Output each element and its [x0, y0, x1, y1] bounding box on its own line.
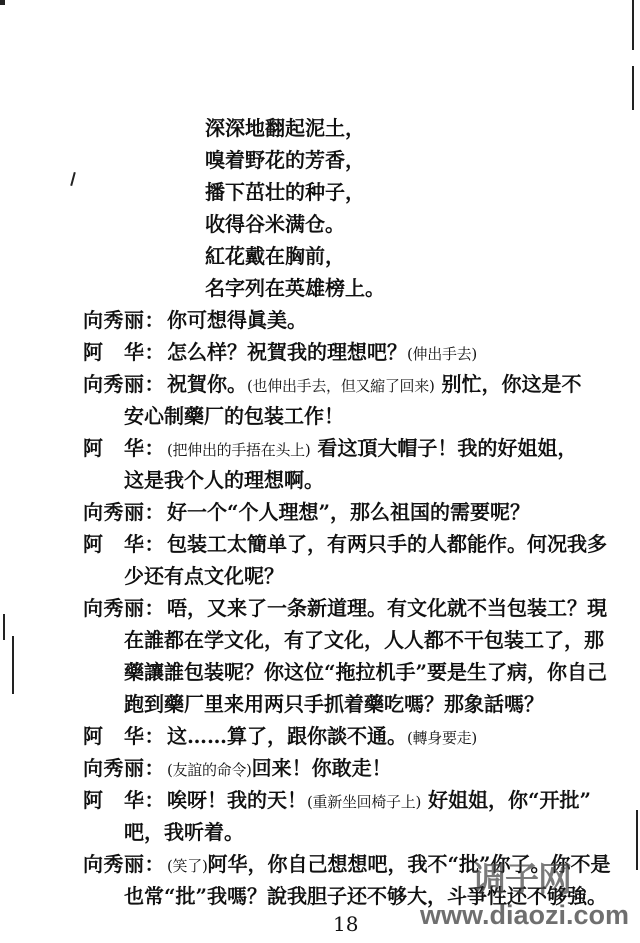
dialogue-entry: 向秀丽： 你可想得眞美。	[83, 304, 628, 336]
speaker-name: 阿 华：	[83, 720, 167, 752]
speech-text: 怎么样？祝賀我的理想吧？	[167, 340, 407, 364]
watermark-url: www.diaozi.com	[420, 898, 629, 932]
poem-line: 嗅着野花的芳香，	[83, 144, 628, 176]
speaker-name: 向秀丽：	[83, 752, 167, 784]
scan-artifact	[0, 0, 5, 5]
dialogue-continuation: 吧，我听着。	[83, 816, 628, 848]
stage-direction: (笑了)	[167, 857, 208, 875]
dialogue-entry: 阿 华： 包装工太簡单了，有两只手的人都能作。何况我多 少还有点文化呢？	[83, 528, 628, 592]
speaker-name: 向秀丽：	[83, 304, 167, 336]
poem-line: 紅花戴在胸前，	[83, 240, 628, 272]
speech-text: 回来！你敢走！	[252, 756, 392, 780]
dialogue-entry: 阿 华： 怎么样？祝賀我的理想吧？(伸出手去)	[83, 336, 628, 368]
dialogue-continuation: 少还有点文化呢？	[83, 560, 628, 592]
speech-text: 安心制藥厂的包装工作！	[124, 404, 344, 428]
stage-direction: (把伸出的手捂在头上)	[167, 441, 310, 459]
dialogue-line: 向秀丽： 唔，又来了一条新道理。有文化就不当包装工？現	[83, 592, 628, 624]
dialogue-continuation: 安心制藥厂的包装工作！	[83, 400, 628, 432]
speech-text: 好一个“个人理想”，那么祖国的需要呢？	[167, 500, 530, 524]
dialogue-continuation: 这是我个人的理想啊。	[83, 464, 628, 496]
dialogue-line: 向秀丽： (友誼的命令)回来！你敢走！	[83, 752, 628, 784]
scan-artifact	[12, 636, 14, 694]
dialogue-line: 阿 华： 这……算了，跟你談不通。(轉身要走)	[83, 720, 628, 752]
speaker-name: 阿 华：	[83, 784, 167, 816]
stage-direction: (也伸出手去，但又縮了回来)	[247, 377, 435, 395]
dialogue-continuation: 跑到藥厂里来用两只手抓着藥吃嗎？那象話嗎？	[83, 688, 628, 720]
poem-line: 收得谷米满仓。	[83, 208, 628, 240]
stage-direction: (重新坐回椅子上)	[307, 793, 421, 811]
dialogue-continuation: 在誰都在学文化，有了文化，人人都不干包装工了，那	[83, 624, 628, 656]
speaker-name: 向秀丽：	[83, 368, 167, 400]
speech-text: 好姐姐，你“开批”	[421, 788, 591, 812]
dialogue-line: 阿 华： 包装工太簡单了，有两只手的人都能作。何况我多	[83, 528, 628, 560]
speech-text: 吧，我听着。	[124, 820, 244, 844]
dialogue-line: 阿 华： (把伸出的手捂在头上) 看这頂大帽子！我的好姐姐，	[83, 432, 628, 464]
dialogue-line: 阿 华： 怎么样？祝賀我的理想吧？(伸出手去)	[83, 336, 628, 368]
dialogue-entry: 向秀丽： 唔，又来了一条新道理。有文化就不当包装工？現 在誰都在学文化，有了文化…	[83, 592, 628, 720]
scan-artifact	[636, 810, 638, 870]
stage-direction: (伸出手去)	[407, 345, 477, 363]
speech-text: 藥讓誰包装呢？你这位“拖拉机手”要是生了病，你自己	[124, 660, 607, 684]
stage-direction: (友誼的命令)	[167, 761, 252, 779]
speech-text: 看这頂大帽子！我的好姐姐，	[310, 436, 577, 460]
speech-text: 这是我个人的理想啊。	[124, 468, 324, 492]
dialogue-continuation: 藥讓誰包装呢？你这位“拖拉机手”要是生了病，你自己	[83, 656, 628, 688]
speaker-name: 阿 华：	[83, 336, 167, 368]
dialogue-entry: 阿 华： (把伸出的手捂在头上) 看这頂大帽子！我的好姐姐， 这是我个人的理想啊…	[83, 432, 628, 496]
poem-line: 名字列在英雄榜上。	[83, 272, 628, 304]
scan-artifact	[70, 172, 76, 186]
scan-artifact	[632, 66, 634, 110]
dialogue-entry: 向秀丽： (友誼的命令)回来！你敢走！	[83, 752, 628, 784]
speech-text: 在誰都在学文化，有了文化，人人都不干包装工了，那	[124, 628, 604, 652]
speech-text: 这……算了，跟你談不通。	[167, 724, 407, 748]
page-body: 深深地翻起泥土， 嗅着野花的芳香， 播下茁壮的种子， 收得谷米满仓。 紅花戴在胸…	[83, 112, 628, 912]
speech-text: 你可想得眞美。	[167, 308, 307, 332]
scan-artifact	[632, 0, 634, 50]
speech-text: 唉呀！我的天！	[167, 788, 307, 812]
dialogue-line: 阿 华： 唉呀！我的天！(重新坐回椅子上) 好姐姐，你“开批”	[83, 784, 628, 816]
page-number: 18	[333, 912, 358, 936]
speech-text: 唔，又来了一条新道理。有文化就不当包装工？現	[167, 596, 607, 620]
dialogue-entry: 向秀丽： 祝賀你。(也伸出手去，但又縮了回来) 别忙，你这是不 安心制藥厂的包装…	[83, 368, 628, 432]
scan-artifact	[3, 614, 5, 640]
scanned-page: 深深地翻起泥土， 嗅着野花的芳香， 播下茁壮的种子， 收得谷米满仓。 紅花戴在胸…	[0, 0, 640, 943]
speaker-name: 阿 华：	[83, 432, 167, 464]
dialogue-entry: 向秀丽： 好一个“个人理想”，那么祖国的需要呢？	[83, 496, 628, 528]
speaker-name: 向秀丽：	[83, 496, 167, 528]
poem-line: 播下茁壮的种子，	[83, 176, 628, 208]
stage-direction: (轉身要走)	[407, 729, 477, 747]
speech-text: 包装工太簡单了，有两只手的人都能作。何况我多	[167, 532, 607, 556]
dialogue-line: 向秀丽： 祝賀你。(也伸出手去，但又縮了回来) 别忙，你这是不	[83, 368, 628, 400]
speech-text: 少还有点文化呢？	[124, 564, 284, 588]
speaker-name: 阿 华：	[83, 528, 167, 560]
speaker-name: 向秀丽：	[83, 848, 167, 880]
speech-text: 别忙，你这是不	[435, 372, 582, 396]
watermark-logo-text: 调子网	[472, 860, 571, 900]
speech-text: 跑到藥厂里来用两只手抓着藥吃嗎？那象話嗎？	[124, 692, 544, 716]
speech-text: 祝賀你。	[167, 372, 247, 396]
dialogue-line: 向秀丽： 好一个“个人理想”，那么祖国的需要呢？	[83, 496, 628, 528]
dialogue-line: 向秀丽： 你可想得眞美。	[83, 304, 628, 336]
speaker-name: 向秀丽：	[83, 592, 167, 624]
dialogue-entry: 阿 华： 这……算了，跟你談不通。(轉身要走)	[83, 720, 628, 752]
dialogue-entry: 阿 华： 唉呀！我的天！(重新坐回椅子上) 好姐姐，你“开批” 吧，我听着。	[83, 784, 628, 848]
poem-line: 深深地翻起泥土，	[83, 112, 628, 144]
